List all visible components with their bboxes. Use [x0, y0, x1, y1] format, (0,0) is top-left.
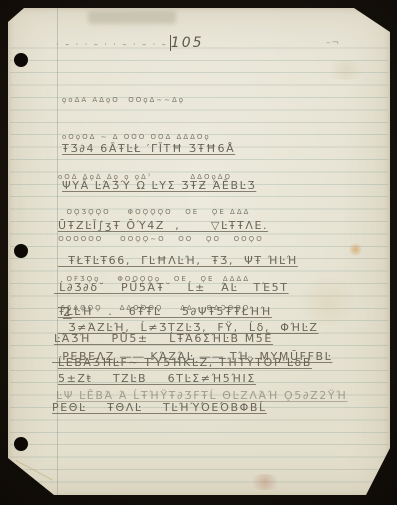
section-number: 2: [63, 305, 72, 319]
margin-check-mark: –¬: [326, 38, 340, 48]
notebook-page: · – · · – · · – · – · – 105 –¬ ϙοΔΑ ΑΔϙΟ…: [8, 8, 390, 497]
punch-hole-middle: [14, 244, 28, 258]
script-line-faint: ĿΨ ĿĒΒΆ Ά ĹŦΉΫŦ∂ƷϜŦĹ ΘĿΖΛΆΉ Ǫ5∂Ζ2ΫΉ: [56, 390, 347, 403]
erased-smudge: [88, 11, 176, 24]
photograph-of-manuscript: { "meta": { "description": "Scanned note…: [0, 0, 397, 505]
page-number-row: · – · · – · · – · – · – 105: [56, 34, 204, 51]
punch-hole-top: [14, 53, 28, 67]
page-number: 105: [168, 34, 204, 51]
script-block-9: ĿΨ ĿĒΒΆ Ά ĹŦΉΫŦ∂ƷϜŦĹ ΘĿΖΛΆΉ Ǫ5∂Ζ2ΫΉ: [56, 352, 347, 441]
punch-hole-bottom: [14, 437, 28, 451]
diacritic-marks: 66ΔϘϘϘ ΔΔΟΌΟϘ ΔΔ ΟΔƆΟϘΟ: [52, 304, 332, 313]
leader-dashes: · – · · – · · – · – · –: [56, 40, 168, 49]
